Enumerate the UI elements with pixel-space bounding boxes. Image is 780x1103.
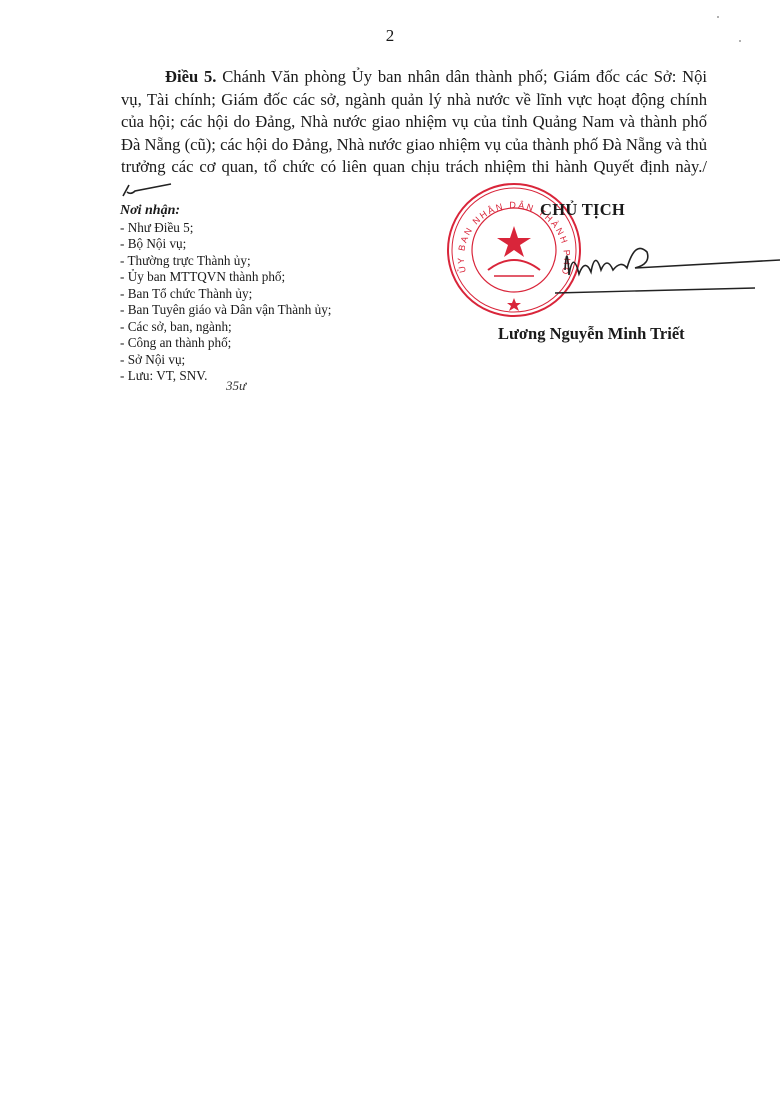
recipient-item: - Các sở, ban, ngành; — [120, 319, 331, 336]
recipient-item: - Công an thành phố; — [120, 335, 331, 352]
scan-speck — [717, 16, 719, 18]
article-heading: Điều 5. — [165, 67, 216, 86]
recipient-item: - Bộ Nội vụ; — [120, 236, 331, 253]
handwritten-signature-icon — [555, 230, 780, 300]
svg-text:ỦY BAN NHÂN DÂN THÀNH PHỐ ĐÀ N: ỦY BAN NHÂN DÂN THÀNH PHỐ ĐÀ NẴNG — [444, 180, 572, 278]
recipient-item: - Như Điều 5; — [120, 220, 331, 237]
recipient-item: - Sở Nội vụ; — [120, 352, 331, 369]
recipients-list: Nơi nhận: - Như Điều 5;- Bộ Nội vụ;- Thư… — [120, 203, 331, 385]
page-number: 2 — [0, 26, 780, 46]
signer-title: CHỦ TỊCH — [540, 200, 625, 220]
article-5: Điều 5. Chánh Văn phòng Ủy ban nhân dân … — [121, 66, 707, 202]
recipient-item: - Thường trực Thành ủy; — [120, 253, 331, 270]
signer-name: Lương Nguyễn Minh Triết — [498, 324, 685, 344]
recipient-item: - Ủy ban MTTQVN thành phố; — [120, 269, 331, 286]
handwritten-number: 35ư — [226, 378, 246, 394]
recipients-title: Nơi nhận: — [120, 203, 331, 220]
scan-speck — [739, 40, 741, 42]
recipient-item: - Ban Tuyên giáo và Dân vận Thành ủy; — [120, 302, 331, 319]
initial-mark-icon — [121, 183, 173, 197]
recipient-item: - Ban Tổ chức Thành ủy; — [120, 286, 331, 303]
recipients-items: - Như Điều 5;- Bộ Nội vụ;- Thường trực T… — [120, 220, 331, 385]
